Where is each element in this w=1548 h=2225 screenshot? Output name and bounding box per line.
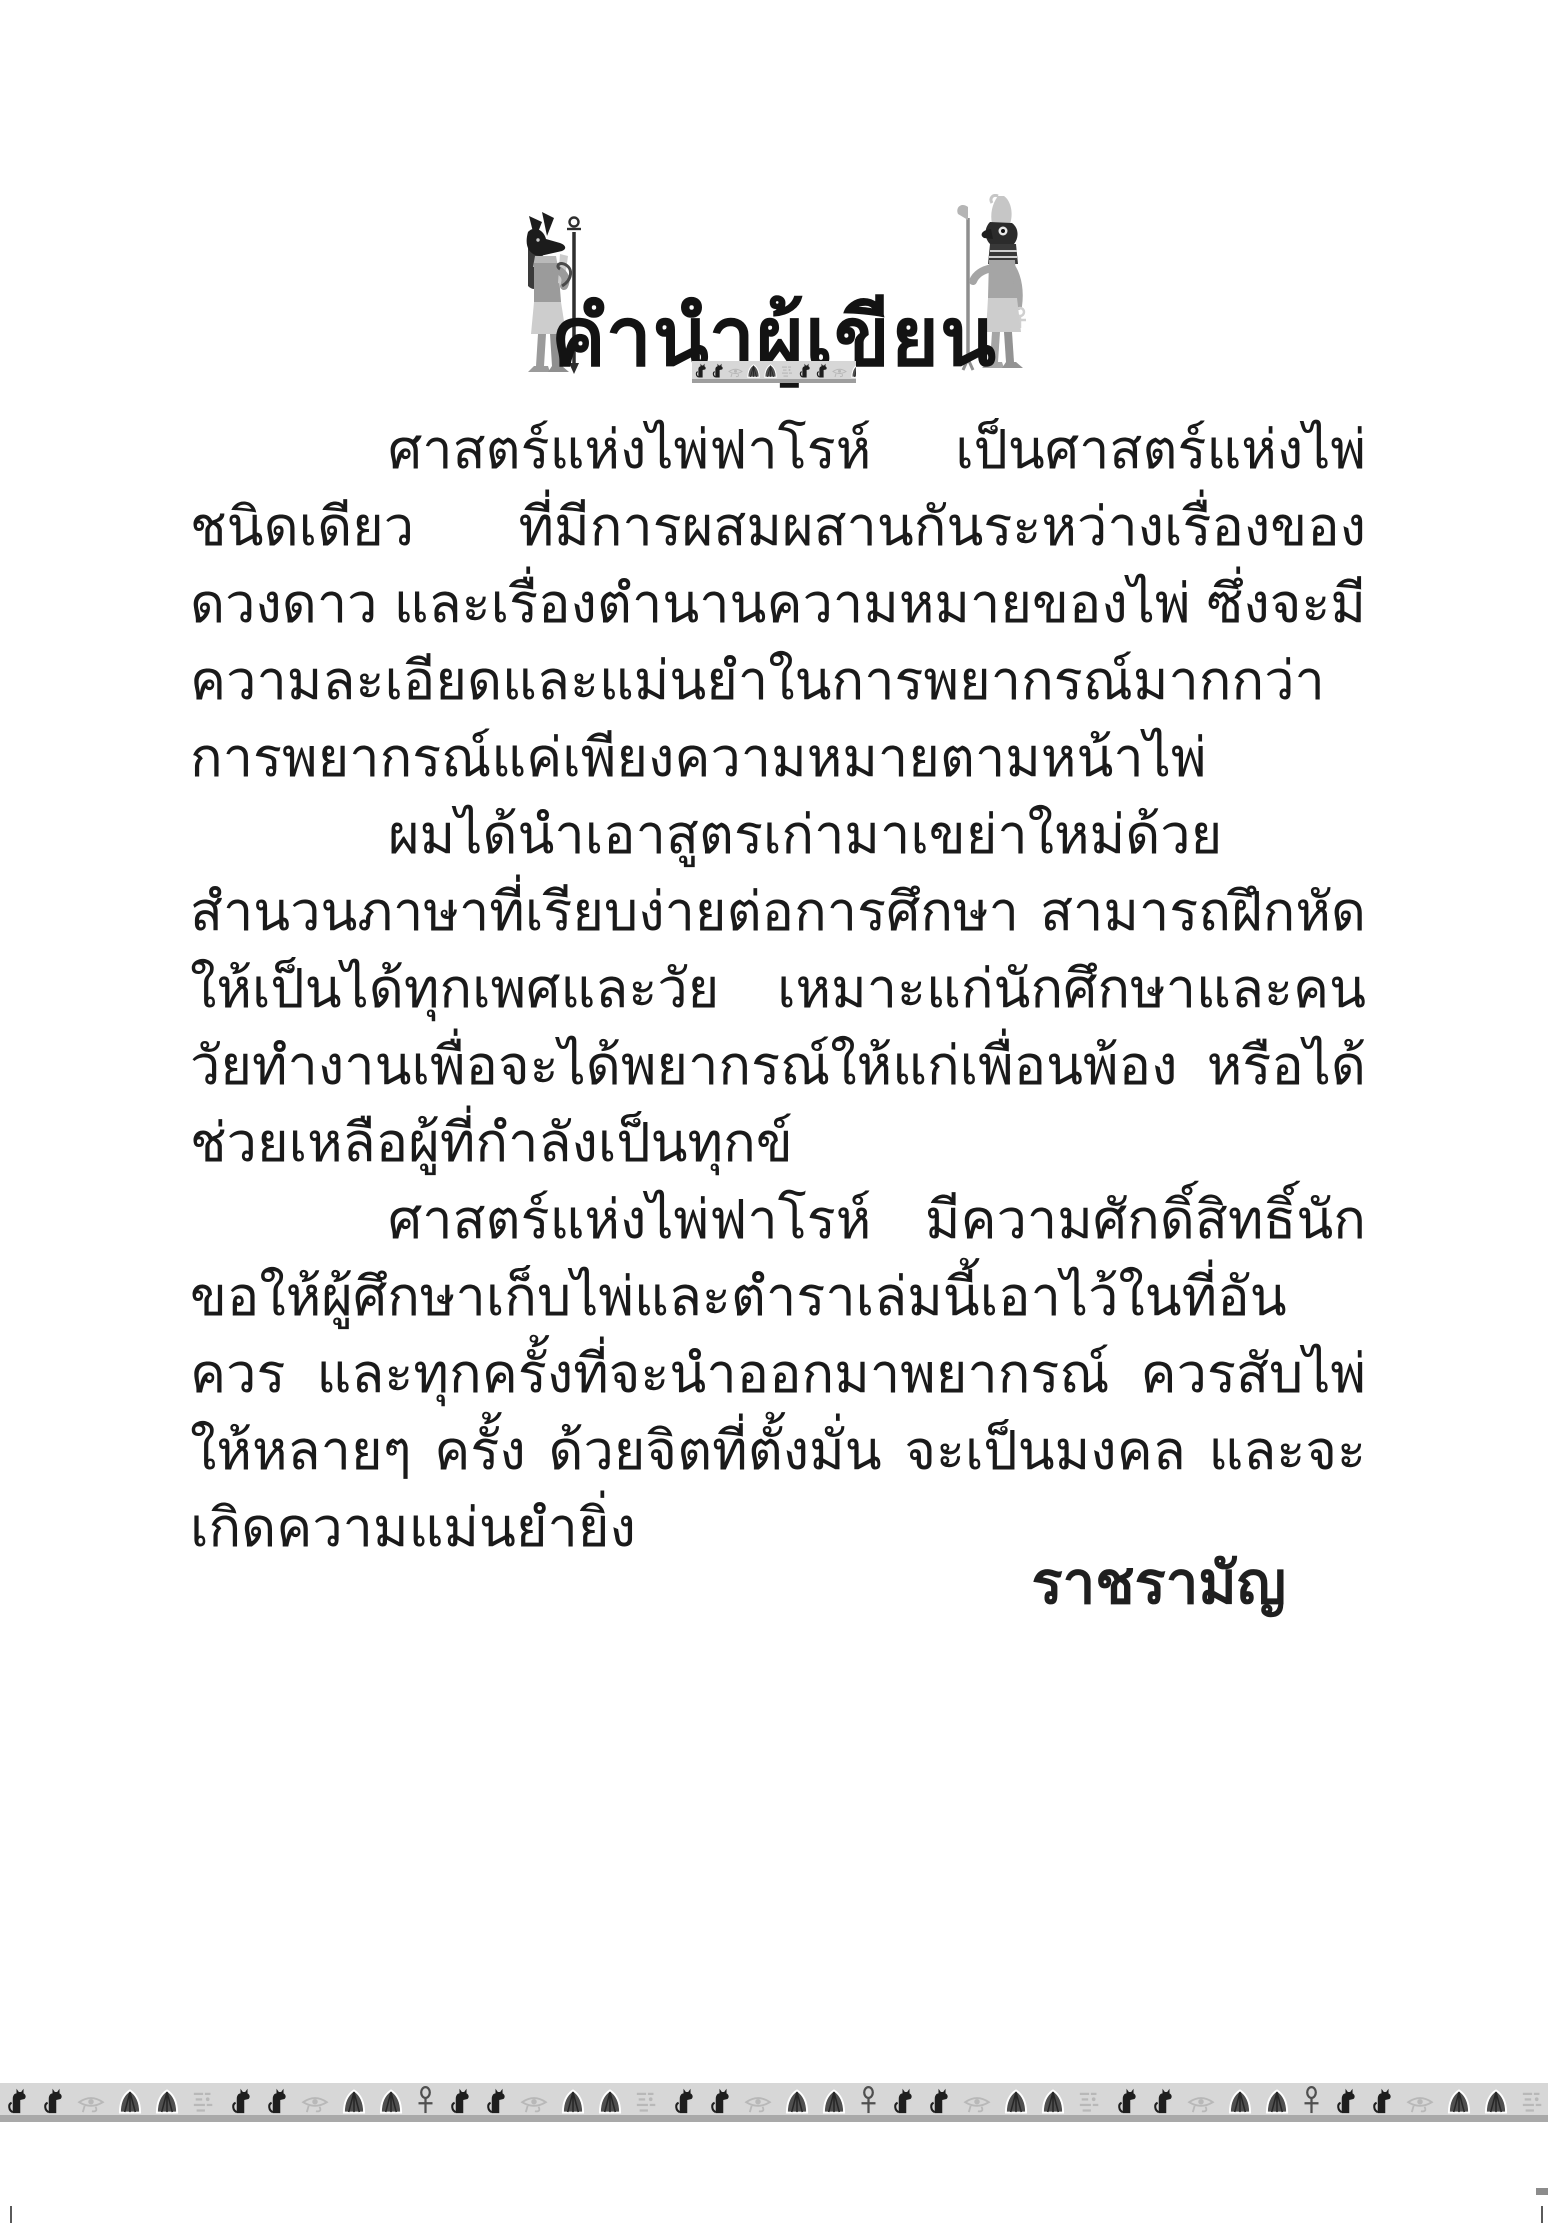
preface-paragraph-2: ผมได้นำเอาสูตรเก่ามาเขย่าใหม่ด้วยสำนวนภา…: [190, 797, 1366, 1182]
preface-body: ศาสตร์แห่งไพ่ฟาโรห์ เป็นศาสตร์แห่งไพ่ชนิ…: [190, 412, 1366, 1567]
cat-icon: [711, 361, 724, 378]
fan-icon: [1484, 2089, 1508, 2114]
cat-icon: [694, 361, 707, 378]
fan-icon: [764, 364, 777, 378]
cat-icon: [229, 2084, 252, 2114]
fan-icon: [561, 2089, 585, 2114]
eye-of-horus-icon: [77, 2094, 105, 2114]
crop-mark-right: [1541, 2206, 1543, 2223]
fan-icon: [155, 2089, 179, 2114]
cat-icon: [672, 2084, 695, 2114]
cat-icon: [815, 361, 828, 378]
fan-icon: [379, 2089, 403, 2114]
cat-icon: [448, 2084, 471, 2114]
fan-icon: [785, 2089, 809, 2114]
ankh-icon: [416, 2086, 435, 2114]
fan-icon: [1041, 2089, 1065, 2114]
fan-icon: [822, 2089, 846, 2114]
cat-icon: [708, 2084, 731, 2114]
eye-of-horus-icon: [963, 2094, 991, 2114]
cat-icon: [891, 2084, 914, 2114]
fan-icon: [1228, 2089, 1252, 2114]
cat-icon: [265, 2084, 288, 2114]
cat-icon: [41, 2084, 64, 2114]
fan-icon: [851, 364, 856, 378]
eye-of-horus-icon: [301, 2094, 329, 2114]
eye-of-horus-icon: [1187, 2094, 1215, 2114]
fan-icon: [118, 2089, 142, 2114]
cat-icon: [5, 2084, 28, 2114]
hieroglyph-divider: [692, 361, 856, 383]
cat-icon: [1115, 2084, 1138, 2114]
eye-of-horus-icon: [728, 367, 743, 378]
book-page: คำนำผู้เขียน: [0, 0, 1548, 2225]
hieroglyph-text-icon: [1521, 2090, 1545, 2114]
fan-icon: [342, 2089, 366, 2114]
ankh-icon: [859, 2086, 878, 2114]
printer-dash: [1536, 2188, 1548, 2195]
fan-icon: [1265, 2089, 1289, 2114]
author-signature: ราชรามัญ: [1032, 1536, 1286, 1629]
fan-icon: [1004, 2089, 1028, 2114]
hieroglyph-text-icon: [192, 2090, 216, 2114]
hieroglyph-border: [0, 2083, 1548, 2122]
preface-paragraph-3: ศาสตร์แห่งไพ่ฟาโรห์ มีความศักดิ์สิทธิ์นั…: [190, 1182, 1366, 1567]
fan-icon: [747, 364, 760, 378]
eye-of-horus-icon: [1406, 2094, 1434, 2114]
eye-of-horus-icon: [744, 2094, 772, 2114]
hieroglyph-text-icon: [1078, 2090, 1102, 2114]
cat-icon: [484, 2084, 507, 2114]
preface-paragraph-1: ศาสตร์แห่งไพ่ฟาโรห์ เป็นศาสตร์แห่งไพ่ชนิ…: [190, 412, 1366, 797]
ankh-icon: [1302, 2086, 1321, 2114]
fan-icon: [598, 2089, 622, 2114]
cat-icon: [927, 2084, 950, 2114]
eye-of-horus-icon: [520, 2094, 548, 2114]
eye-of-horus-icon: [832, 367, 847, 378]
cat-icon: [1334, 2084, 1357, 2114]
cat-icon: [1370, 2084, 1393, 2114]
hieroglyph-text-icon: [781, 365, 794, 378]
cat-icon: [1151, 2084, 1174, 2114]
cat-icon: [798, 361, 811, 378]
crop-mark-left: [10, 2206, 12, 2223]
hieroglyph-text-icon: [635, 2090, 659, 2114]
fan-icon: [1447, 2089, 1471, 2114]
